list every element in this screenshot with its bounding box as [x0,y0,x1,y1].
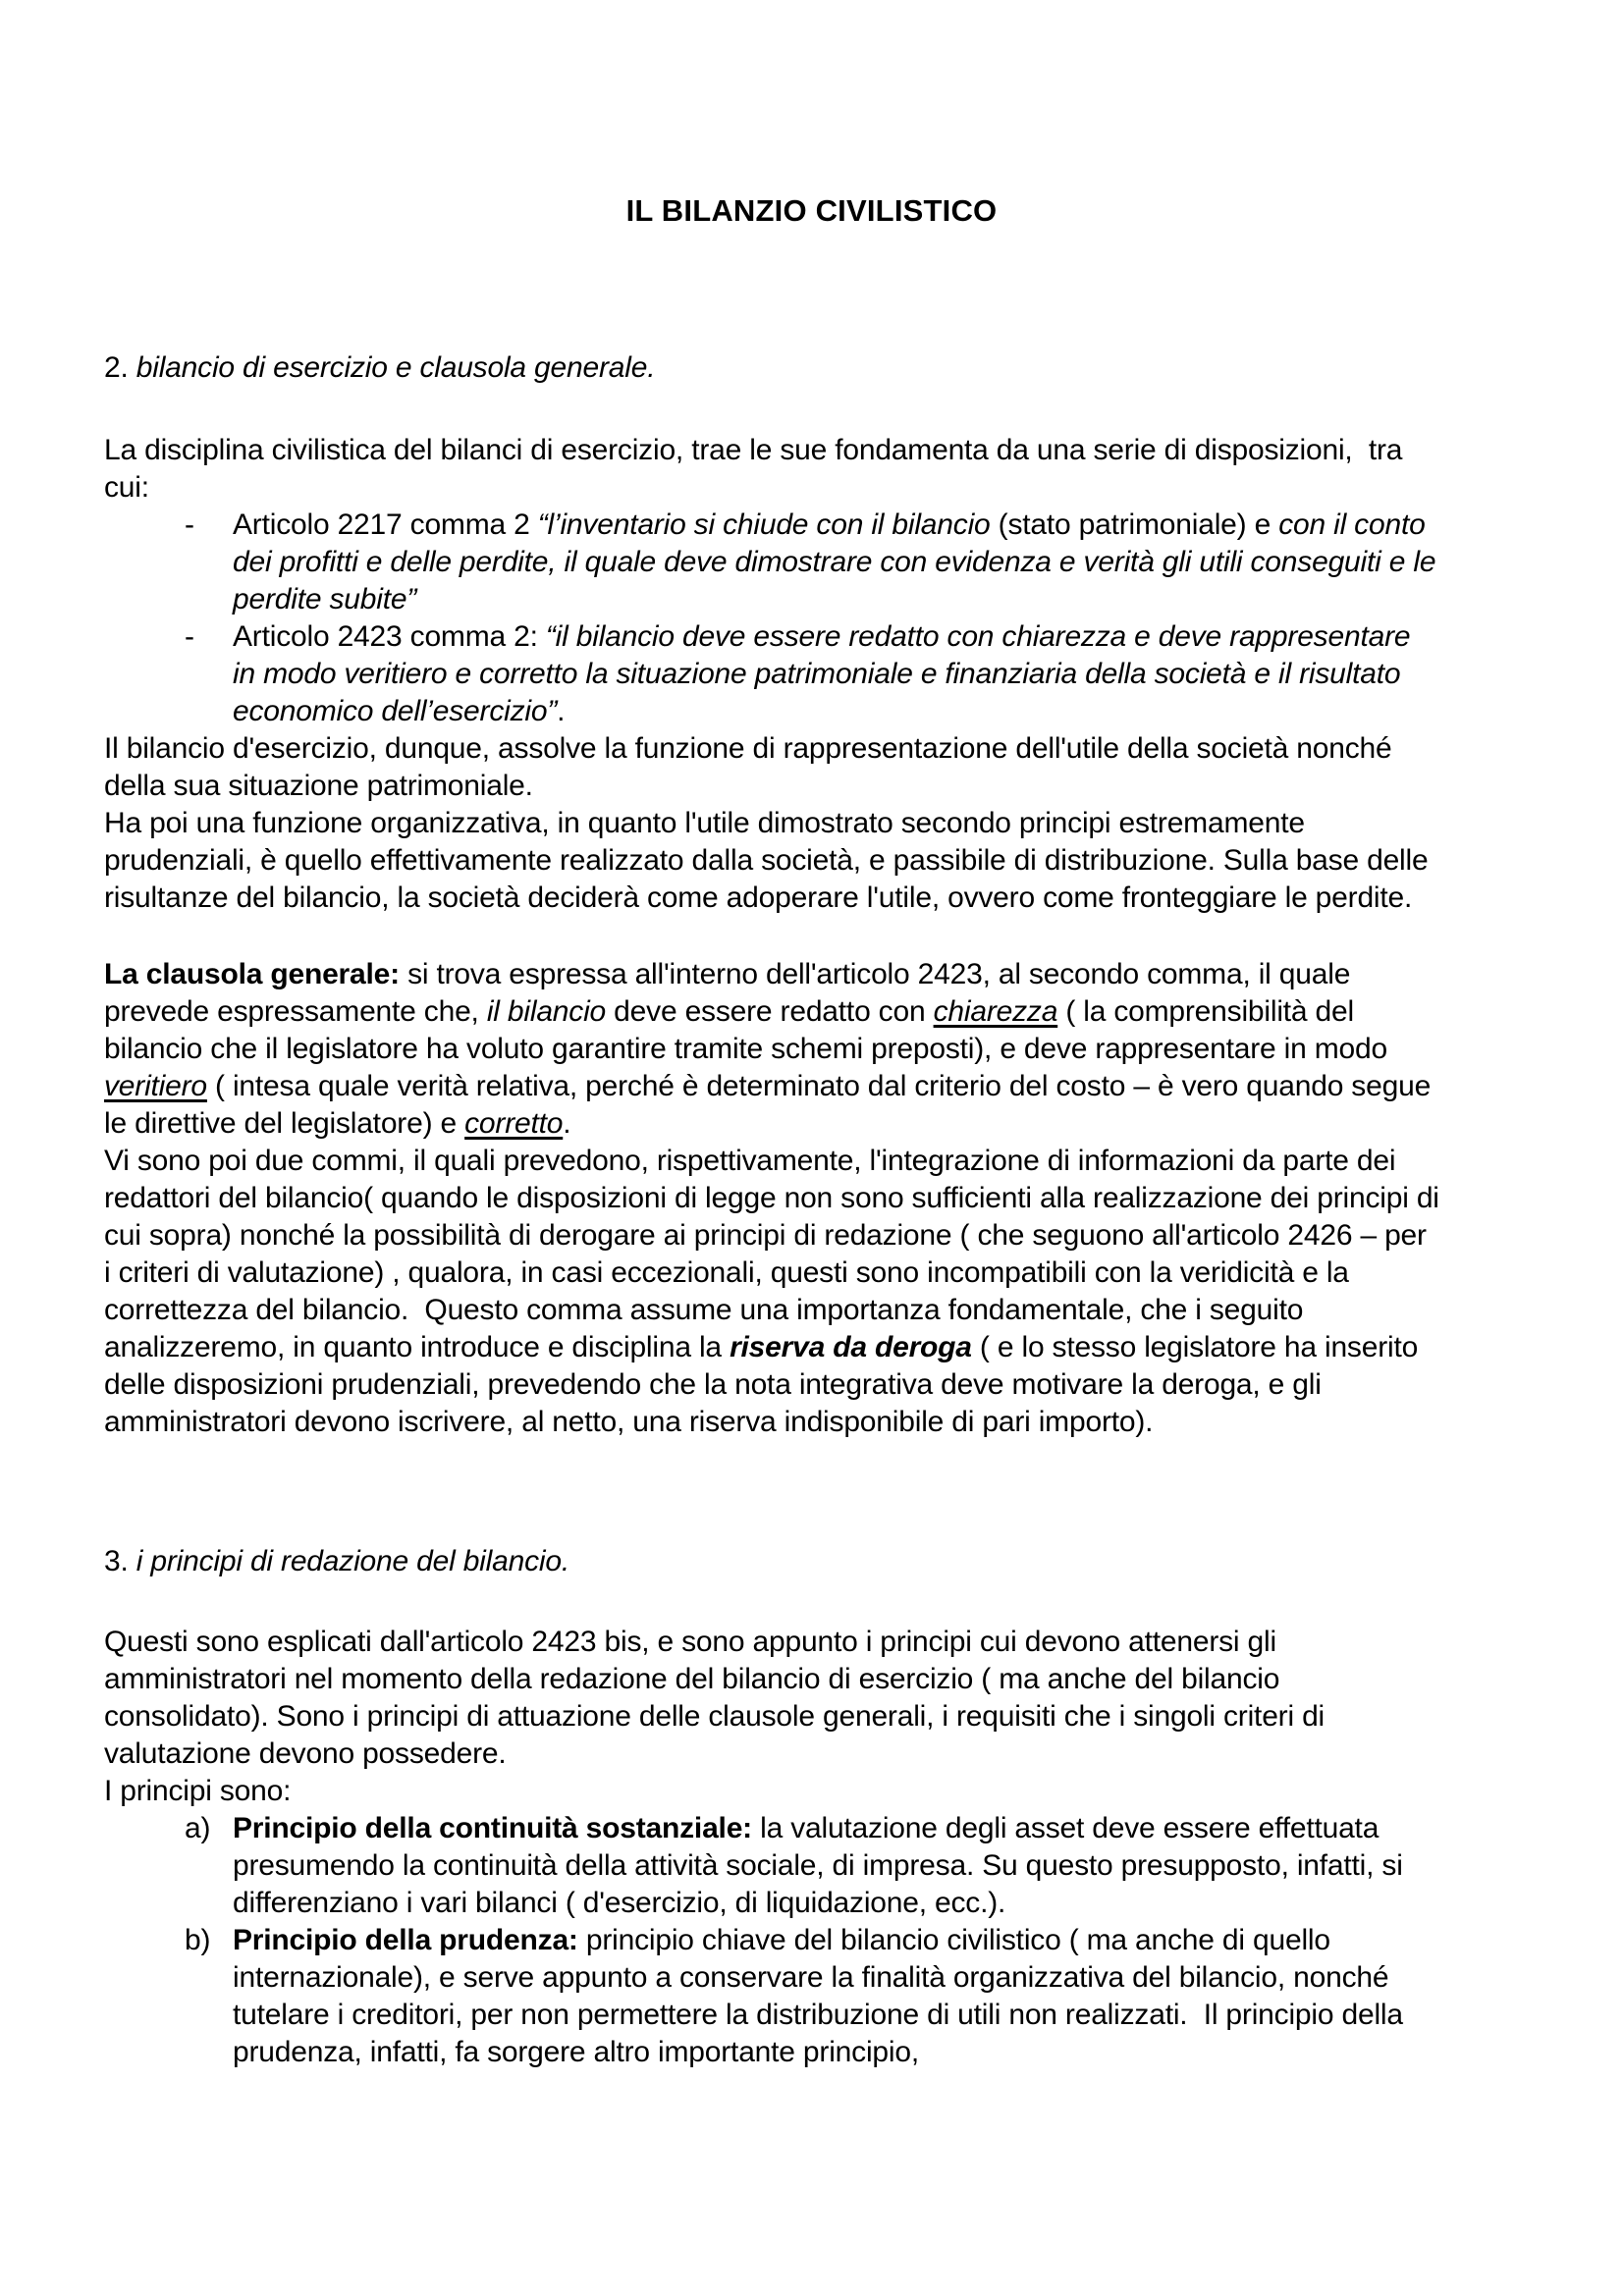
alpha-marker-b: b) [185,1922,233,2071]
principle-a-lead: Principio della continuità sostanziale: [233,1812,752,1844]
document-page: IL BILANZIO CIVILISTICO 2. bilancio di e… [0,0,1623,2296]
quote-end-period: . [557,695,565,727]
principle-item-b: b)Principio della prudenza: principio ch… [104,1922,1439,2071]
principles-intro-paragraph: Questi sono esplicati dall'articolo 2423… [104,1624,1439,1810]
balance-function-paragraph: Il bilancio d'esercizio, dunque, assolve… [104,730,1439,917]
title-row: IL BILANZIO CIVILISTICO [0,0,1623,230]
clausola-text-2: deve essere redatto con [606,995,934,1028]
section-2-heading: 2. bilancio di esercizio e clausola gene… [104,349,1439,387]
principle-item-a: a)Principio della continuità sostanziale… [104,1810,1439,1922]
intro-paragraph: La disciplina civilistica del bilanci di… [104,432,1439,507]
quote-inventario-part1: “l’inventario si chiude con il bilancio [538,508,999,541]
term-veritiero: veritiero [104,1070,207,1102]
section-3-heading: 3. i principi di redazione del bilancio. [104,1543,1439,1580]
alpha-marker-a: a) [185,1810,233,1922]
lead-clausola-generale: La clausola generale: [104,958,400,990]
clausola-text-5: . Vi sono poi due commi, il quali preved… [104,1107,1447,1363]
section-3-number: 3. [104,1545,136,1577]
principle-b-text: Principio della prudenza: principio chia… [233,1922,1439,2071]
articolo-2423-label: Articolo 2423 comma 2: [233,620,546,653]
term-chiarezza: chiarezza [934,995,1058,1028]
clausola-text-4: ( intesa quale verità relativa, perché è… [104,1070,1438,1140]
principles-list: a)Principio della continuità sostanziale… [104,1810,1564,2071]
term-il-bilancio: il bilancio [487,995,606,1028]
document-content: 2. bilancio di esercizio e clausola gene… [0,349,1623,2071]
dash-marker: - [185,507,233,618]
list-item-articolo-2423: -Articolo 2423 comma 2: “il bilancio dev… [104,618,1439,730]
list-item-articolo-2217: -Articolo 2217 comma 2 “l’inventario si … [104,507,1439,618]
document-title: IL BILANZIO CIVILISTICO [0,192,1623,230]
term-riserva-da-deroga: riserva da deroga [730,1331,972,1363]
list-item-text: Articolo 2217 comma 2 “l’inventario si c… [233,507,1439,618]
principle-b-lead: Principio della prudenza: [233,1924,578,1956]
section-3-title: i principi di redazione del bilancio. [136,1545,569,1577]
dash-marker: - [185,618,233,730]
articolo-2217-label: Articolo 2217 comma 2 [233,508,538,541]
articles-list: -Articolo 2217 comma 2 “l’inventario si … [104,507,1564,730]
stato-patrimoniale-note: (stato patrimoniale) e [999,508,1279,541]
list-item-text: Articolo 2423 comma 2: “il bilancio deve… [233,618,1439,730]
section-2-title: bilancio di esercizio e clausola general… [136,351,656,384]
section-2-number: 2. [104,351,136,384]
general-clause-paragraph: La clausola generale: si trova espressa … [104,956,1439,1441]
principle-a-text: Principio della continuità sostanziale: … [233,1810,1439,1922]
term-corretto: corretto [464,1107,563,1140]
